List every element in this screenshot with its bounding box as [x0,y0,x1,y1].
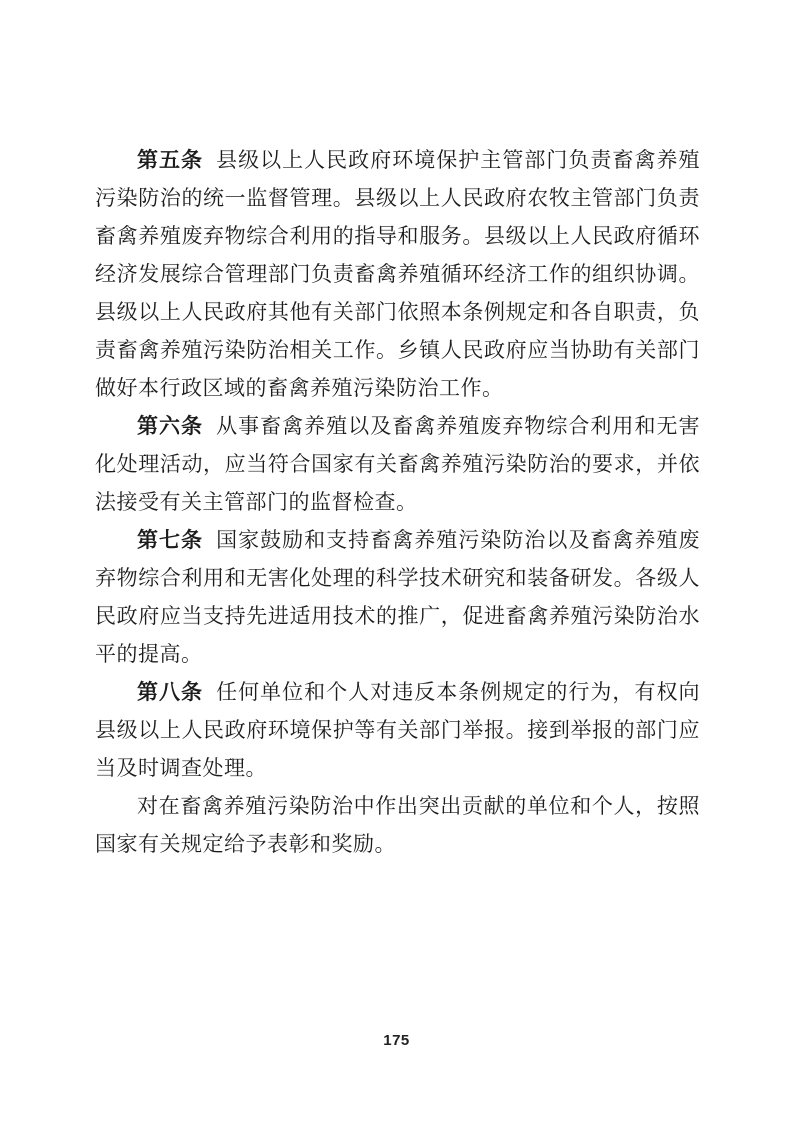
article-number: 第五条 [137,148,203,172]
article-text: 对在畜禽养殖污染防治中作出突出贡献的单位和个人，按照国家有关规定给予表彰和奖励。 [95,794,700,856]
article-number: 第七条 [137,528,203,552]
document-page: 第五条县级以上人民政府环境保护主管部门负责畜禽养殖污染防治的统一监督管理。县级以… [0,0,793,1122]
article-paragraph: 第八条任何单位和个人对违反本条例规定的行为，有权向县级以上人民政府环境保护等有关… [95,673,700,787]
article-number: 第六条 [137,414,203,438]
article-paragraph: 第六条从事畜禽养殖以及畜禽养殖废弃物综合利用和无害化处理活动，应当符合国家有关畜… [95,407,700,521]
page-number: 175 [383,1032,410,1049]
page-footer: 175 [0,1032,793,1050]
document-body: 第五条县级以上人民政府环境保护主管部门负责畜禽养殖污染防治的统一监督管理。县级以… [95,141,700,863]
article-paragraph: 第五条县级以上人民政府环境保护主管部门负责畜禽养殖污染防治的统一监督管理。县级以… [95,141,700,407]
article-paragraph: 对在畜禽养殖污染防治中作出突出贡献的单位和个人，按照国家有关规定给予表彰和奖励。 [95,787,700,863]
article-number: 第八条 [137,680,203,704]
article-text: 县级以上人民政府环境保护主管部门负责畜禽养殖污染防治的统一监督管理。县级以上人民… [95,148,700,400]
article-paragraph: 第七条国家鼓励和支持畜禽养殖污染防治以及畜禽养殖废弃物综合利用和无害化处理的科学… [95,521,700,673]
